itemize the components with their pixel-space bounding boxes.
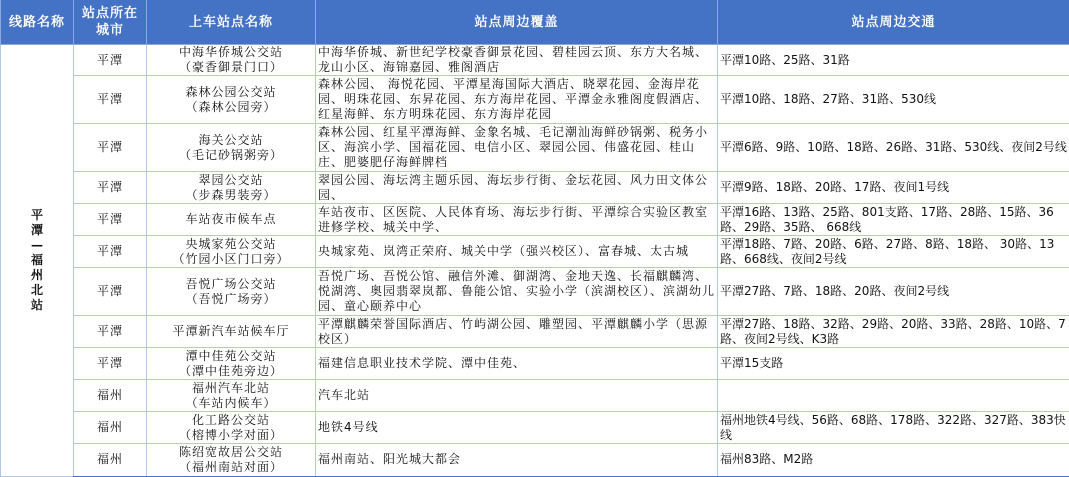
station-note: （榕博小学对面） [149, 428, 313, 443]
table-row: 平潭海关公交站（毛记砂锅粥旁）森林公园、红星平潭海鲜、金象名城、毛记潮汕海鲜砂锅… [1, 124, 1069, 172]
table-row: 平潭—福州北站平潭中海华侨城公交站（豪香御景门口）中海华侨城、新世纪学校豪香御景… [1, 45, 1069, 76]
table-row: 平潭央城家苑公交站（竹园小区门口旁）央城家苑、岚湾正荣府、城关中学（强兴校区）、… [1, 236, 1069, 268]
station-name: 化工路公交站 [149, 413, 313, 428]
station-cell: 翠园公交站（步森男装旁） [147, 172, 316, 204]
table-row: 平潭森林公园公交站（森林公园旁）森林公园、 海悦花园、平潭星海国际大酒店、晓翠花… [1, 76, 1069, 124]
coverage-cell: 央城家苑、岚湾正荣府、城关中学（强兴校区）、富春城、太古城 [316, 236, 718, 268]
station-cell: 车站夜市候车点 [147, 204, 316, 236]
transit-cell: 平潭10路、25路、31路 [718, 45, 1069, 76]
coverage-cell: 车站夜市、区医院、人民体育场、海坛步行街、平潭综合实验区教室进修学校、城关中学、 [316, 204, 718, 236]
coverage-cell: 福州南站、阳光城大都会 [316, 444, 718, 477]
city-cell: 平潭 [74, 268, 147, 316]
transit-cell: 平潭16路、13路、25路、801支路、17路、28路、15路、36路、29路、… [718, 204, 1069, 236]
station-note: （竹园小区门口旁） [149, 252, 313, 267]
table-row: 平潭车站夜市候车点车站夜市、区医院、人民体育场、海坛步行街、平潭综合实验区教室进… [1, 204, 1069, 236]
coverage-cell: 森林公园、红星平潭海鲜、金象名城、毛记潮汕海鲜砂锅粥、税务小区、海滨小学、国福花… [316, 124, 718, 172]
city-cell: 平潭 [74, 76, 147, 124]
station-cell: 中海华侨城公交站（豪香御景门口） [147, 45, 316, 76]
transit-cell: 平潭18路、7路、20路、6路、27路、8路、18路、 30路、13路、668线… [718, 236, 1069, 268]
transit-cell: 平潭10路、18路、27路、31路、530线 [718, 76, 1069, 124]
station-name: 中海华侨城公交站 [149, 45, 313, 60]
coverage-cell: 翠园公园、海坛湾主题乐园、海坛步行街、金坛花园、风力田文体公园、 [316, 172, 718, 204]
route-name: 平潭—福州北站 [26, 208, 48, 313]
route-name-cell: 平潭—福州北站 [1, 45, 74, 477]
station-note: （潭中佳苑旁边） [149, 364, 313, 379]
city-cell: 平潭 [74, 124, 147, 172]
station-name: 平潭新汽车站候车厅 [149, 324, 313, 339]
city-cell: 平潭 [74, 172, 147, 204]
city-cell: 平潭 [74, 204, 147, 236]
transit-cell: 平潭15支路 [718, 348, 1069, 380]
header-route-name: 线路名称 [1, 0, 74, 45]
city-cell: 平潭 [74, 348, 147, 380]
coverage-cell: 吾悦广场、吾悦公馆、融信外滩、御湖湾、金地天逸、长福麒麟湾、悦湖湾、奥园翡翠岚都… [316, 268, 718, 316]
header-transit: 站点周边交通 [718, 0, 1069, 45]
transit-cell: 平潭6路、9路、10路、18路、26路、31路、530线、夜间2号线 [718, 124, 1069, 172]
station-cell: 海关公交站（毛记砂锅粥旁） [147, 124, 316, 172]
station-note: （毛记砂锅粥旁） [149, 148, 313, 163]
station-cell: 央城家苑公交站（竹园小区门口旁） [147, 236, 316, 268]
header-station: 上车站点名称 [147, 0, 316, 45]
route-stations-table: 线路名称 站点所在城市 上车站点名称 站点周边覆盖 站点周边交通 平潭—福州北站… [0, 0, 1069, 477]
transit-cell: 平潭27路、7路、18路、20路、夜间2号线 [718, 268, 1069, 316]
station-note: （豪香御景门口） [149, 60, 313, 75]
table-row: 福州福州汽车北站（车站内候车）汽车北站 [1, 380, 1069, 412]
station-cell: 陈绍宽故居公交站（福州南站对面） [147, 444, 316, 477]
header-coverage: 站点周边覆盖 [316, 0, 718, 45]
station-name: 森林公园公交站 [149, 85, 313, 100]
transit-cell: 平潭9路、18路、20路、17路、夜间1号线 [718, 172, 1069, 204]
station-name: 海关公交站 [149, 133, 313, 148]
station-name: 央城家苑公交站 [149, 237, 313, 252]
header-city: 站点所在城市 [74, 0, 147, 45]
station-cell: 福州汽车北站（车站内候车） [147, 380, 316, 412]
station-name: 陈绍宽故居公交站 [149, 445, 313, 460]
station-name: 车站夜市候车点 [149, 212, 313, 227]
table-header-row: 线路名称 站点所在城市 上车站点名称 站点周边覆盖 站点周边交通 [1, 0, 1069, 45]
table-row: 平潭平潭新汽车站候车厅平潭麒麟荣誉国际酒店、竹屿湖公园、雕塑园、平潭麒麟小学（思… [1, 316, 1069, 348]
station-cell: 平潭新汽车站候车厅 [147, 316, 316, 348]
coverage-cell: 汽车北站 [316, 380, 718, 412]
station-note: （吾悦广场旁） [149, 292, 313, 307]
coverage-cell: 森林公园、 海悦花园、平潭星海国际大酒店、晓翠花园、金海岸花园、明珠花园、东昇花… [316, 76, 718, 124]
station-name: 吾悦广场公交站 [149, 277, 313, 292]
station-note: （车站内候车） [149, 396, 313, 411]
coverage-cell: 福建信息职业技术学院、潭中佳苑、 [316, 348, 718, 380]
station-note: （福州南站对面） [149, 460, 313, 475]
transit-cell: 平潭27路、18路、32路、29路、20路、33路、28路、10路、7路、夜间2… [718, 316, 1069, 348]
table-row: 平潭翠园公交站（步森男装旁）翠园公园、海坛湾主题乐园、海坛步行街、金坛花园、风力… [1, 172, 1069, 204]
station-cell: 森林公园公交站（森林公园旁） [147, 76, 316, 124]
station-name: 翠园公交站 [149, 173, 313, 188]
coverage-cell: 地铁4号线 [316, 412, 718, 444]
city-cell: 平潭 [74, 45, 147, 76]
city-cell: 平潭 [74, 236, 147, 268]
city-cell: 福州 [74, 380, 147, 412]
station-note: （步森男装旁） [149, 188, 313, 203]
table-row: 福州化工路公交站（榕博小学对面）地铁4号线福州地铁4号线、56路、68路、178… [1, 412, 1069, 444]
table-row: 平潭潭中佳苑公交站（潭中佳苑旁边）福建信息职业技术学院、潭中佳苑、平潭15支路 [1, 348, 1069, 380]
table-row: 平潭吾悦广场公交站（吾悦广场旁）吾悦广场、吾悦公馆、融信外滩、御湖湾、金地天逸、… [1, 268, 1069, 316]
transit-cell: 福州地铁4号线、56路、68路、178路、322路、327路、383快线 [718, 412, 1069, 444]
station-cell: 吾悦广场公交站（吾悦广场旁） [147, 268, 316, 316]
station-cell: 潭中佳苑公交站（潭中佳苑旁边） [147, 348, 316, 380]
city-cell: 福州 [74, 444, 147, 477]
transit-cell [718, 380, 1069, 412]
table-row: 福州陈绍宽故居公交站（福州南站对面）福州南站、阳光城大都会福州83路、M2路 [1, 444, 1069, 477]
city-cell: 福州 [74, 412, 147, 444]
coverage-cell: 中海华侨城、新世纪学校豪香御景花园、碧桂园云顶、东方大名城、龙山小区、海锦嘉园、… [316, 45, 718, 76]
city-cell: 平潭 [74, 316, 147, 348]
station-note: （森林公园旁） [149, 100, 313, 115]
station-cell: 化工路公交站（榕博小学对面） [147, 412, 316, 444]
transit-cell: 福州83路、M2路 [718, 444, 1069, 477]
station-name: 潭中佳苑公交站 [149, 349, 313, 364]
station-name: 福州汽车北站 [149, 381, 313, 396]
coverage-cell: 平潭麒麟荣誉国际酒店、竹屿湖公园、雕塑园、平潭麒麟小学（思源校区） [316, 316, 718, 348]
